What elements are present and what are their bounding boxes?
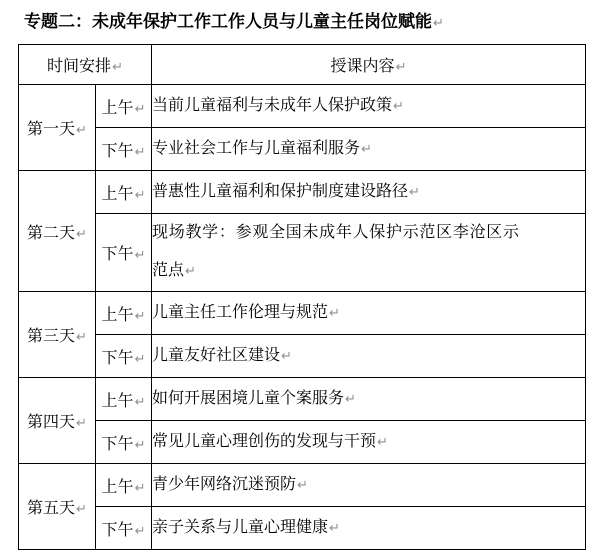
content-cell: 亲子关系与儿童心理健康↵ — [152, 507, 586, 550]
content-cell: 专业社会工作与儿童福利服务↵ — [152, 128, 586, 171]
period-cell: 下午↵ — [96, 128, 152, 171]
table-row: 第二天↵ 上午↵ 普惠性儿童福利和保护制度建设路径↵ — [19, 171, 586, 214]
course-schedule-table: 时间安排↵ 授课内容↵ 第一天↵ 上午↵ 当前儿童福利与未成年人保护政策↵ 下午… — [18, 44, 586, 550]
end-of-cell-mark: ↵ — [361, 142, 372, 157]
end-of-cell-mark: ↵ — [112, 60, 123, 75]
period-cell: 上午↵ — [96, 464, 152, 507]
content-cell: 儿童友好社区建设↵ — [152, 335, 586, 378]
end-of-cell-mark: ↵ — [135, 395, 146, 410]
content-cell: 如何开展困境儿童个案服务↵ — [152, 378, 586, 421]
page-title: 专题二：未成年保护工作工作人员与儿童主任岗位赋能↵ — [0, 0, 598, 36]
table-row: 第三天↵ 上午↵ 儿童主任工作伦理与规范↵ — [19, 292, 586, 335]
period-cell: 上午↵ — [96, 292, 152, 335]
end-of-cell-mark: ↵ — [393, 99, 404, 114]
period-cell: 下午↵ — [96, 507, 152, 550]
period-cell: 上午↵ — [96, 171, 152, 214]
end-of-cell-mark: ↵ — [135, 352, 146, 367]
end-of-cell-mark: ↵ — [345, 392, 356, 407]
end-of-cell-mark: ↵ — [76, 123, 87, 138]
day-cell-5: 第五天↵ — [19, 464, 96, 550]
end-of-cell-mark: ↵ — [396, 60, 407, 75]
content-cell: 当前儿童福利与未成年人保护政策↵ — [152, 85, 586, 128]
table-row: 下午↵ 现场教学：参观全国未成年人保护示范区李沧区示范点↵ — [19, 214, 586, 292]
end-of-cell-mark: ↵ — [281, 349, 292, 364]
day-cell-2: 第二天↵ — [19, 171, 96, 292]
end-of-cell-mark: ↵ — [329, 306, 340, 321]
page-title-text: 专题二：未成年保护工作工作人员与儿童主任岗位赋能 — [24, 12, 432, 31]
period-cell: 上午↵ — [96, 85, 152, 128]
end-of-cell-mark: ↵ — [135, 309, 146, 324]
table-row: 下午↵ 亲子关系与儿童心理健康↵ — [19, 507, 586, 550]
table-row: 第五天↵ 上午↵ 青少年网络沉迷预防↵ — [19, 464, 586, 507]
table-row: 第一天↵ 上午↵ 当前儿童福利与未成年人保护政策↵ — [19, 85, 586, 128]
period-cell: 下午↵ — [96, 421, 152, 464]
paragraph-mark: ↵ — [433, 16, 444, 31]
end-of-cell-mark: ↵ — [76, 330, 87, 345]
end-of-cell-mark: ↵ — [329, 521, 340, 536]
table-row: 下午↵ 专业社会工作与儿童福利服务↵ — [19, 128, 586, 171]
end-of-cell-mark: ↵ — [76, 502, 87, 517]
content-cell: 现场教学：参观全国未成年人保护示范区李沧区示范点↵ — [152, 214, 586, 292]
end-of-cell-mark: ↵ — [135, 524, 146, 539]
table-row: 下午↵ 儿童友好社区建设↵ — [19, 335, 586, 378]
end-of-cell-mark: ↵ — [409, 185, 420, 200]
day-cell-4: 第四天↵ — [19, 378, 96, 464]
content-cell: 儿童主任工作伦理与规范↵ — [152, 292, 586, 335]
table-header-row: 时间安排↵ 授课内容↵ — [19, 45, 586, 85]
period-cell: 下午↵ — [96, 335, 152, 378]
period-cell: 上午↵ — [96, 378, 152, 421]
end-of-cell-mark: ↵ — [135, 248, 146, 263]
end-of-cell-mark: ↵ — [135, 188, 146, 203]
table-row: 第四天↵ 上午↵ 如何开展困境儿童个案服务↵ — [19, 378, 586, 421]
end-of-cell-mark: ↵ — [135, 438, 146, 453]
content-cell: 常见儿童心理创伤的发现与干预↵ — [152, 421, 586, 464]
end-of-cell-mark: ↵ — [135, 481, 146, 496]
table-row: 下午↵ 常见儿童心理创伤的发现与干预↵ — [19, 421, 586, 464]
period-cell: 下午↵ — [96, 214, 152, 292]
content-cell: 青少年网络沉迷预防↵ — [152, 464, 586, 507]
end-of-cell-mark: ↵ — [185, 264, 196, 279]
end-of-cell-mark: ↵ — [377, 435, 388, 450]
content-cell: 普惠性儿童福利和保护制度建设路径↵ — [152, 171, 586, 214]
header-content: 授课内容↵ — [152, 45, 586, 85]
day-cell-3: 第三天↵ — [19, 292, 96, 378]
end-of-cell-mark: ↵ — [135, 145, 146, 160]
end-of-cell-mark: ↵ — [76, 416, 87, 431]
end-of-cell-mark: ↵ — [297, 478, 308, 493]
end-of-cell-mark: ↵ — [76, 227, 87, 242]
header-time: 时间安排↵ — [19, 45, 152, 85]
end-of-cell-mark: ↵ — [135, 102, 146, 117]
day-cell-1: 第一天↵ — [19, 85, 96, 171]
